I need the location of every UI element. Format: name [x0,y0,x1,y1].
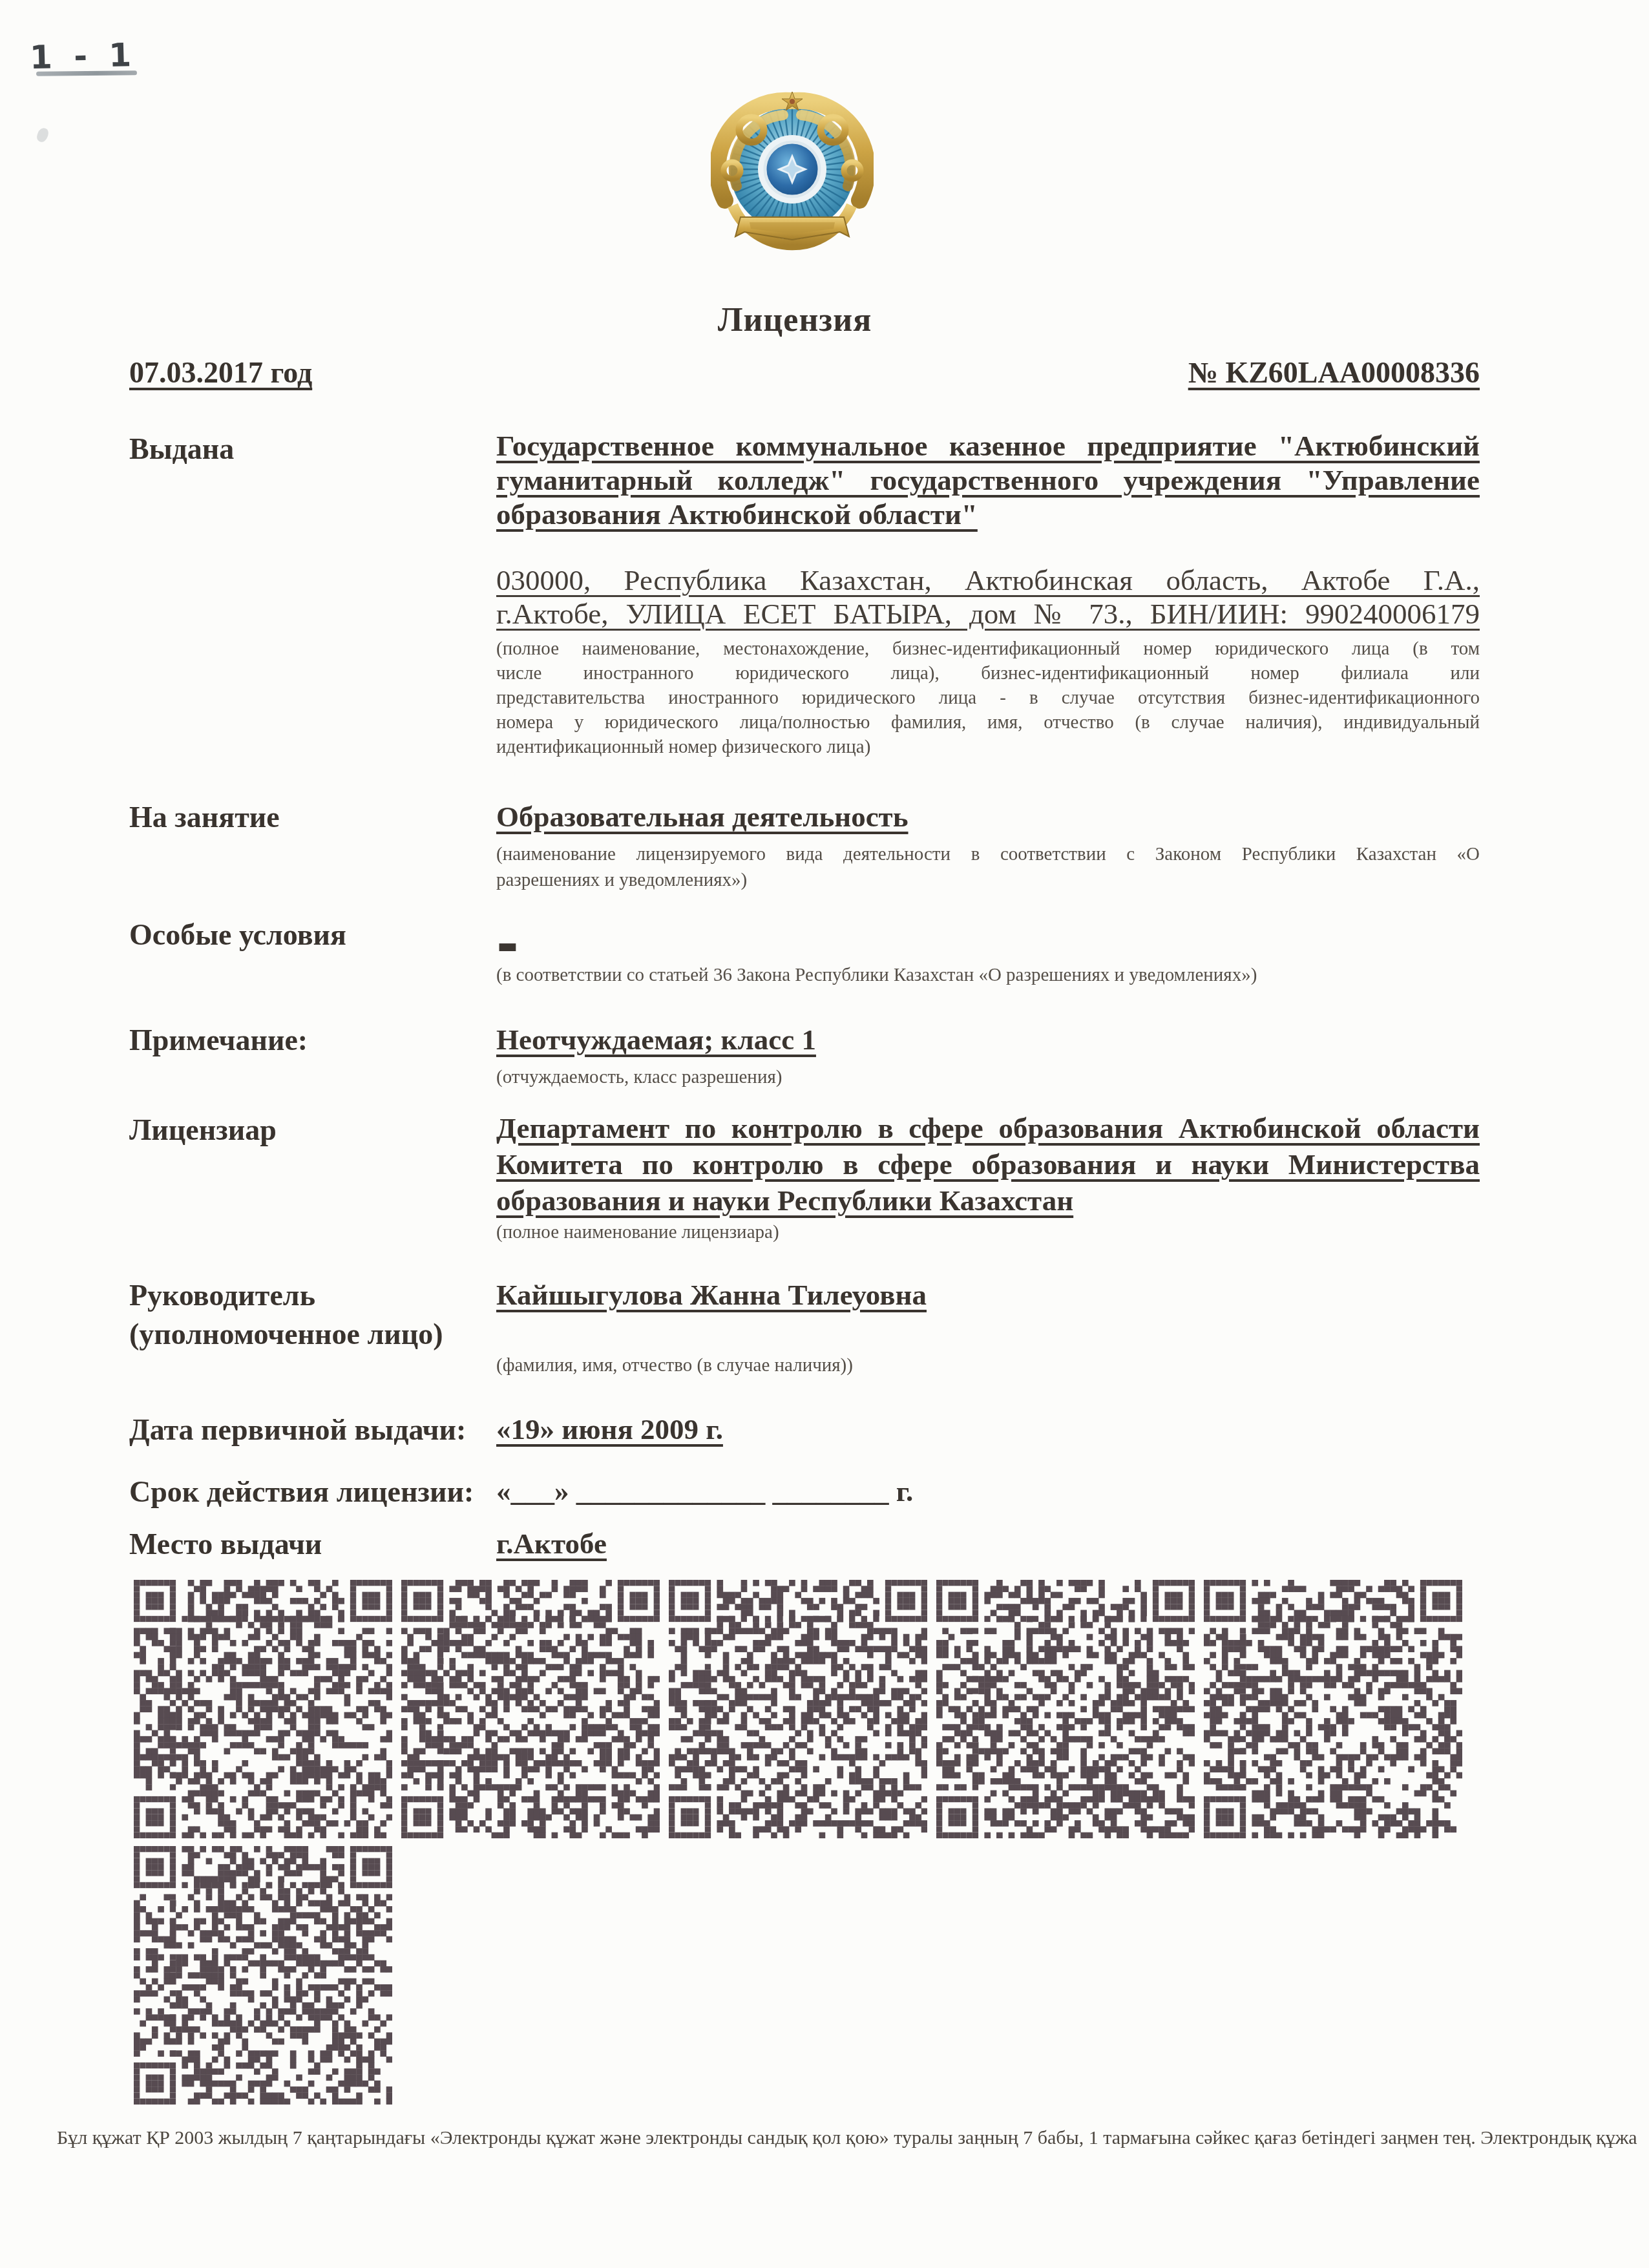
field-label-head-line2: (уполномоченное лицо) [129,1317,443,1351]
licensor-line: Департамент по контролю в сфере образова… [496,1110,1480,1146]
footer-note: Бұл құжат ҚР 2003 жылдың 7 қаңтарындағы … [57,2127,1633,2149]
issued-to-name-line: Государственное коммунальное казенное пр… [496,429,1480,463]
footnote-line: представительства иностранного юридическ… [496,686,1480,710]
issued-to-name: Государственное коммунальное казенное пр… [496,429,1480,532]
issue-place-value: г.Актобе [496,1527,1480,1560]
page-counter-underline [36,70,137,76]
qr-code [1204,1580,1462,1838]
license-number: № KZ60LAA00008336 [969,355,1480,390]
field-label-activity: На занятие [129,800,280,834]
footnote-line: номера у юридического лица/полностью фам… [496,710,1480,735]
remark-footnote: (отчуждаемость, класс разрешения) [496,1065,1480,1089]
special-conditions-footnote: (в соответствии со статьей 36 Закона Рес… [496,963,1480,987]
issued-to-address-line: 030000, Республика Казахстан, Актюбинска… [496,563,1480,597]
validity-value: «___» _____________ ________ г. [496,1475,1480,1508]
issued-to-footnote: (полное наименование, местонахождение, б… [496,636,1480,759]
qr-code [936,1580,1195,1838]
field-label-issue-place: Место выдачи [129,1527,322,1561]
field-label-head: Руководитель [129,1278,315,1312]
licensor-line: Комитета по контролю в сфере образования… [496,1146,1480,1182]
head-value: Кайшыгулова Жанна Тилеуовна [496,1278,1480,1312]
scan-artifact [36,127,50,143]
footnote-line: разрешениях и уведомлениях») [496,867,1480,893]
qr-code [669,1580,927,1838]
qr-code [134,1580,392,1838]
field-label-validity: Срок действия лицензии: [129,1475,474,1509]
licensor-value: Департамент по контролю в сфере образова… [496,1110,1480,1219]
field-label-issued-to: Выдана [129,432,234,466]
special-conditions-value: - [496,934,1480,954]
issued-to-name-line: образования Актюбинской области" [496,498,1480,532]
document-title: Лицензия [0,301,1590,339]
field-label-special-conditions: Особые условия [129,918,346,952]
qr-code [401,1580,660,1838]
footnote-line: (наименование лицензируемого вида деятел… [496,841,1480,867]
footnote-line: числе иностранного юридического лица), б… [496,661,1480,686]
qr-code [134,1846,392,2105]
licensor-footnote: (полное наименование лицензиара) [496,1220,1480,1244]
activity-footnote: (наименование лицензируемого вида деятел… [496,841,1480,893]
field-label-remark: Примечание: [129,1023,308,1057]
licensor-line: образования и науки Республики Казахстан [496,1182,1480,1219]
issue-date: 07.03.2017 год [129,355,312,390]
head-footnote: (фамилия, имя, отчество (в случае наличи… [496,1353,1480,1378]
footnote-line: идентификационный номер физического лица… [496,735,1480,759]
issued-to-name-line: гуманитарный колледж" государственного у… [496,463,1480,498]
first-issue-date-value: «19» июня 2009 г. [496,1412,1480,1446]
kazakhstan-coat-of-arms-icon [711,89,874,251]
issued-to-address-line: г.Актобе, УЛИЦА ЕСЕТ БАТЫРА, дом № 73., … [496,597,1480,631]
activity-value: Образовательная деятельность [496,800,1480,834]
footnote-line: (полное наименование, местонахождение, б… [496,636,1480,661]
scanned-license-page: 1 - 1 [0,0,1649,2268]
issued-to-address: 030000, Республика Казахстан, Актюбинска… [496,563,1480,631]
field-label-licensor: Лицензиар [129,1113,277,1147]
field-label-first-issue-date: Дата первичной выдачи: [129,1412,466,1447]
remark-value: Неотчуждаемая; класс 1 [496,1023,1480,1056]
